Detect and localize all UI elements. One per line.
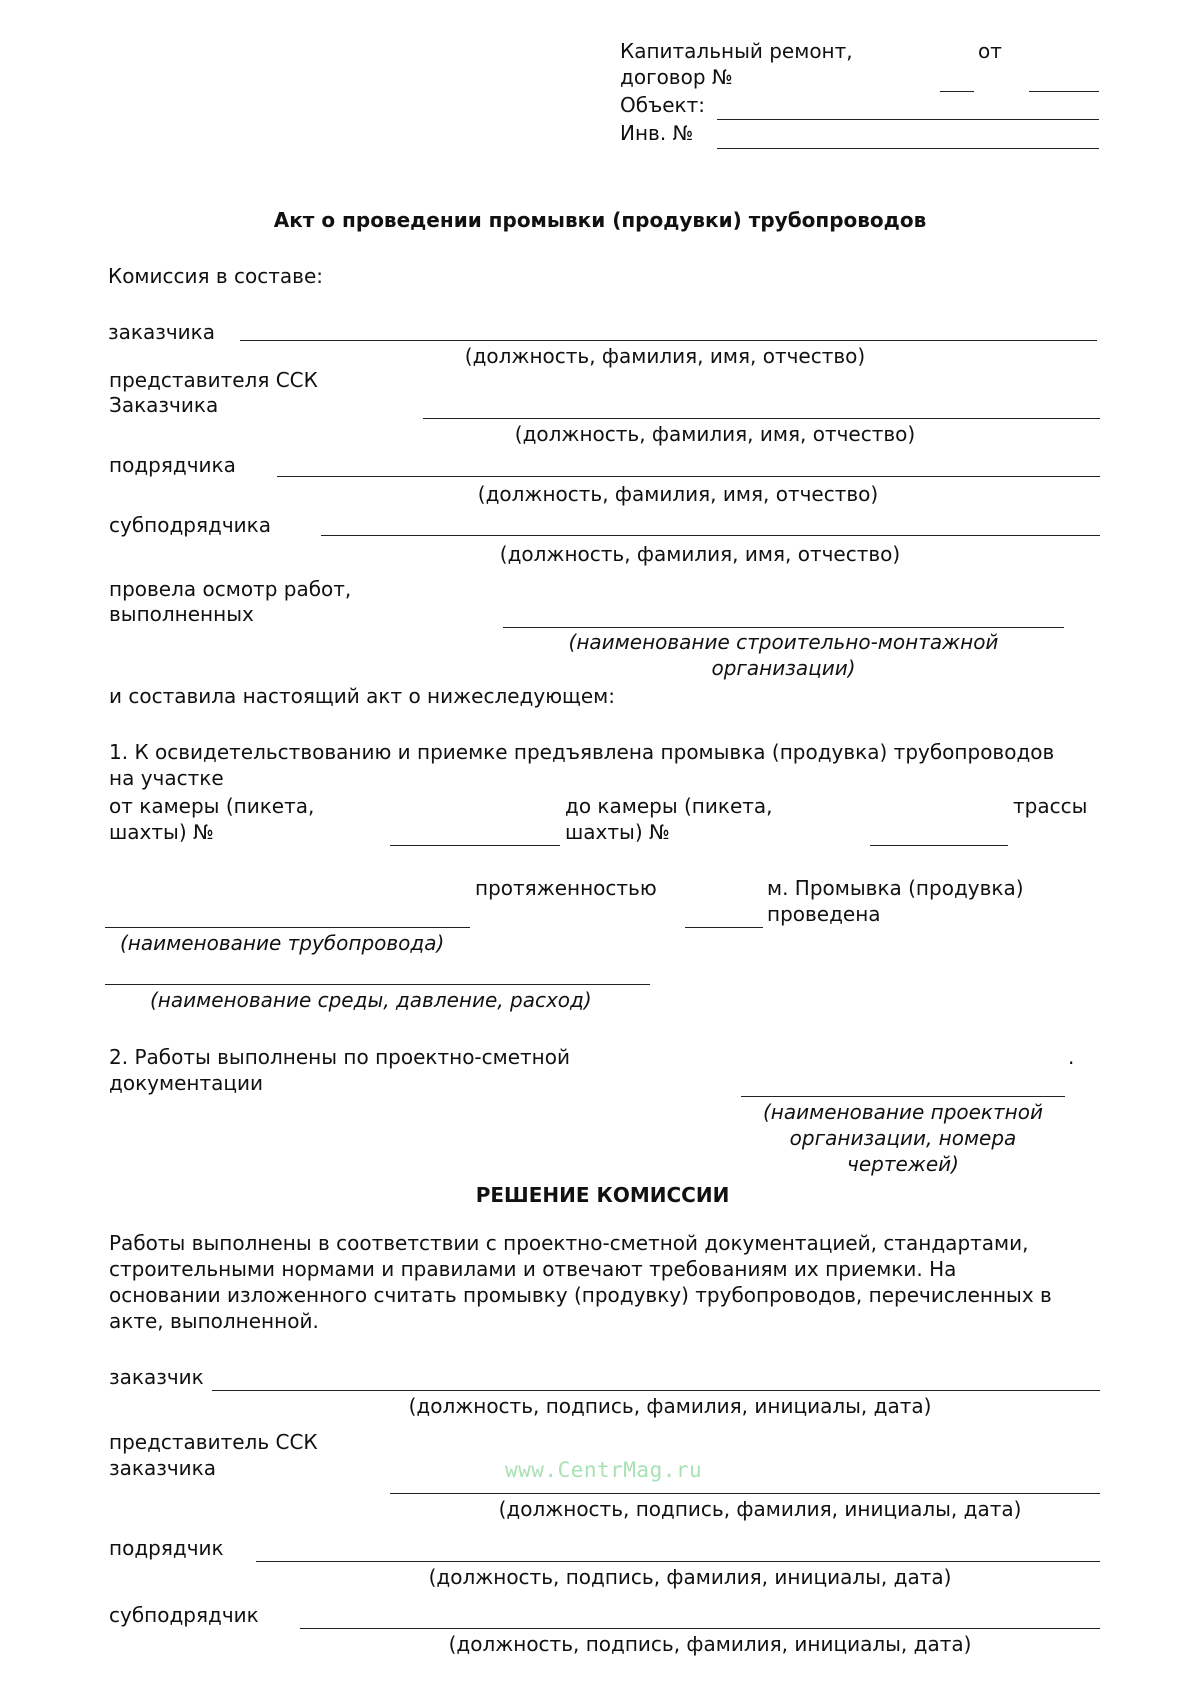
member-subcontractor-label: субподрядчика (109, 512, 271, 538)
member-ssk-hint: (должность, фамилия, имя, отчество) (0, 421, 1200, 447)
from-chamber-label-2: шахты) № (109, 819, 214, 845)
commission-intro: Комиссия в составе: (108, 263, 323, 289)
member-customer-field[interactable] (240, 340, 1097, 341)
medium-field[interactable] (105, 984, 650, 985)
member-ssk-label-1: представителя ССК (109, 367, 318, 393)
sign-ssk-hint: (должность, подпись, фамилия, инициалы, … (0, 1496, 1200, 1522)
sign-ssk-label-2: заказчика (109, 1455, 216, 1481)
decision-heading: РЕШЕНИЕ КОМИССИИ (0, 1182, 1200, 1208)
length-label: протяженностью (475, 875, 657, 901)
inv-label: Инв. № (620, 120, 693, 146)
design-org-hint-2: организации, номера (741, 1125, 1065, 1151)
meters-label-1: м. Промывка (продувка) (767, 875, 1024, 901)
object-label: Объект: (620, 92, 705, 118)
design-org-hint-3: чертежей) (741, 1151, 1065, 1177)
item2-line2: документации (109, 1070, 263, 1096)
medium-hint: (наименование среды, давление, расход) (150, 987, 592, 1013)
contract-label: договор № (620, 64, 733, 90)
member-contractor-field[interactable] (277, 476, 1100, 477)
compiled-statement: и составила настоящий акт о нижеследующе… (109, 683, 615, 709)
item1-line1: 1. К освидетельствованию и приемке предъ… (109, 739, 1054, 765)
member-customer-label: заказчика (108, 319, 215, 345)
sign-customer-label: заказчик (109, 1364, 204, 1390)
contract-date-field[interactable] (1029, 91, 1099, 92)
sign-customer-hint: (должность, подпись, фамилия, инициалы, … (0, 1393, 1200, 1419)
member-ssk-field[interactable] (423, 418, 1100, 419)
contract-number-field[interactable] (940, 91, 974, 92)
member-customer-hint: (должность, фамилия, имя, отчество) (0, 343, 1200, 369)
organization-hint-1: (наименование строительно-монтажной (503, 629, 1064, 655)
to-chamber-label-2: шахты) № (565, 819, 670, 845)
design-org-field[interactable] (741, 1096, 1065, 1097)
member-subcontractor-field[interactable] (321, 535, 1100, 536)
sign-contractor-field[interactable] (256, 1561, 1100, 1562)
pipeline-hint: (наименование трубопровода) (120, 930, 444, 956)
route-label: трассы (1013, 793, 1087, 819)
sign-customer-field[interactable] (212, 1390, 1100, 1391)
sign-subcontractor-field[interactable] (300, 1628, 1100, 1629)
object-field[interactable] (717, 119, 1099, 120)
organization-field[interactable] (503, 627, 1064, 628)
decision-line-1: Работы выполнены в соответствии с проект… (109, 1230, 1099, 1256)
to-chamber-label-1: до камеры (пикета, (565, 793, 773, 819)
item1-line2: на участке (109, 765, 224, 791)
inspection-label-1: провела осмотр работ, (109, 576, 351, 602)
from-chamber-field[interactable] (390, 845, 560, 846)
member-subcontractor-hint: (должность, фамилия, имя, отчество) (0, 541, 1200, 567)
pipeline-name-field[interactable] (105, 927, 470, 928)
member-contractor-hint: (должность, фамилия, имя, отчество) (0, 481, 1200, 507)
to-chamber-field[interactable] (870, 845, 1008, 846)
length-field[interactable] (685, 927, 763, 928)
sign-ssk-label-1: представитель ССК (109, 1429, 318, 1455)
inv-field[interactable] (717, 148, 1099, 149)
sign-ssk-field[interactable] (390, 1493, 1100, 1494)
member-contractor-label: подрядчика (109, 452, 236, 478)
member-ssk-label-2: Заказчика (109, 392, 218, 418)
meters-label-2: проведена (767, 901, 881, 927)
design-org-hint-1: (наименование проектной (741, 1099, 1065, 1125)
item2-line1: 2. Работы выполнены по проектно-сметной (109, 1044, 570, 1070)
inspection-label-2: выполненных (109, 601, 254, 627)
decision-line-4: акте, выполненной. (109, 1308, 319, 1334)
watermark: www.CentrMag.ru (505, 1458, 702, 1482)
sign-contractor-hint: (должность, подпись, фамилия, инициалы, … (0, 1564, 1200, 1590)
from-label: от (978, 38, 1002, 64)
item2-period: . (1068, 1044, 1074, 1070)
repair-label: Капитальный ремонт, (620, 38, 853, 64)
from-chamber-label-1: от камеры (пикета, (109, 793, 314, 819)
decision-line-3: основании изложенного считать промывку (… (109, 1282, 1099, 1308)
sign-subcontractor-label: субподрядчик (109, 1602, 259, 1628)
sign-contractor-label: подрядчик (109, 1535, 224, 1561)
decision-line-2: строительными нормами и правилами и отве… (109, 1256, 1099, 1282)
sign-subcontractor-hint: (должность, подпись, фамилия, инициалы, … (0, 1631, 1200, 1657)
organization-hint-2: организации) (503, 655, 1064, 681)
document-title: Акт о проведении промывки (продувки) тру… (0, 207, 1200, 233)
